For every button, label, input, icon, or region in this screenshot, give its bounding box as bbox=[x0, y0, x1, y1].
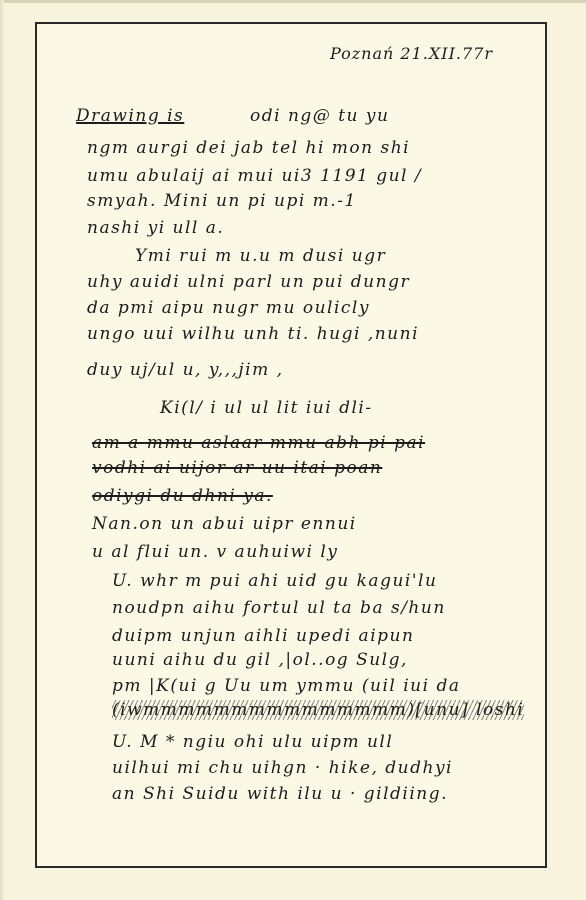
handwritten-line: uuni aihu du gil ,|ol..og Sulg, bbox=[112, 650, 408, 670]
struck-out-line: am a mmu aslaar mmu abh pi pai bbox=[92, 433, 425, 453]
handwritten-line: da pmi aipu nugr mu oulicly bbox=[87, 298, 370, 318]
struck-out-line: odiygi du dhni ya. bbox=[92, 486, 273, 506]
handwritten-line: ngm aurgi dei jab tel hi mon shi bbox=[87, 138, 410, 158]
handwritten-line: odi ng@ tu yu bbox=[250, 106, 389, 126]
scribbled-out-line: (iwmmmmmmmmmmmmmmm)[unu] loshi bbox=[112, 700, 524, 720]
handwritten-line: ungo uui wilhu unh ti. hugi ,nuni bbox=[87, 324, 419, 344]
page-left-edge bbox=[0, 0, 4, 900]
handwritten-line: u al flui un. v auhuiwi ly bbox=[92, 542, 338, 562]
handwritten-line: smyah. Mini un pi upi m.-1 bbox=[87, 191, 357, 211]
underlined-heading: Drawing is bbox=[76, 106, 184, 126]
page-top-edge bbox=[0, 0, 586, 3]
handwritten-line: U. whr m pui ahi uid gu kagui'lu bbox=[112, 571, 437, 591]
handwritten-line: Ki(l/ i ul ul lit iui dli- bbox=[160, 398, 373, 418]
handwritten-line: noudpn aihu fortul ul ta ba s/hun bbox=[112, 598, 446, 618]
handwritten-line: Ymi rui m u.u m dusi ugr bbox=[135, 246, 386, 266]
handwritten-line: umu abulaij ai mui ui3 1191 gul / bbox=[87, 166, 422, 186]
handwritten-line: an Shi Suidu with ilu u · gildiing. bbox=[112, 784, 448, 804]
handwritten-line: U. M * ngiu ohi ulu uipm ull bbox=[112, 732, 393, 752]
handwritten-line: uilhui mi chu uihgn · hike, dudhyi bbox=[112, 758, 453, 778]
handwritten-line: pm |K(ui g Uu um ymmu (uil iui da bbox=[112, 676, 461, 696]
place-date-header: Poznań 21.XII.77r bbox=[330, 44, 493, 63]
handwritten-line: duy uj/ul u, y,,,jim , bbox=[87, 360, 284, 380]
struck-out-line: vodhi ai uijor ar uu itai poan bbox=[92, 458, 382, 478]
handwritten-line: uhy auidi ulni parl un pui dungr bbox=[87, 272, 410, 292]
handwritten-line: duipm unjun aihli upedi aipun bbox=[112, 626, 414, 646]
handwritten-line: nashi yi ull a. bbox=[87, 218, 224, 238]
handwritten-line: Nan.on un abui uipr ennui bbox=[92, 514, 357, 534]
